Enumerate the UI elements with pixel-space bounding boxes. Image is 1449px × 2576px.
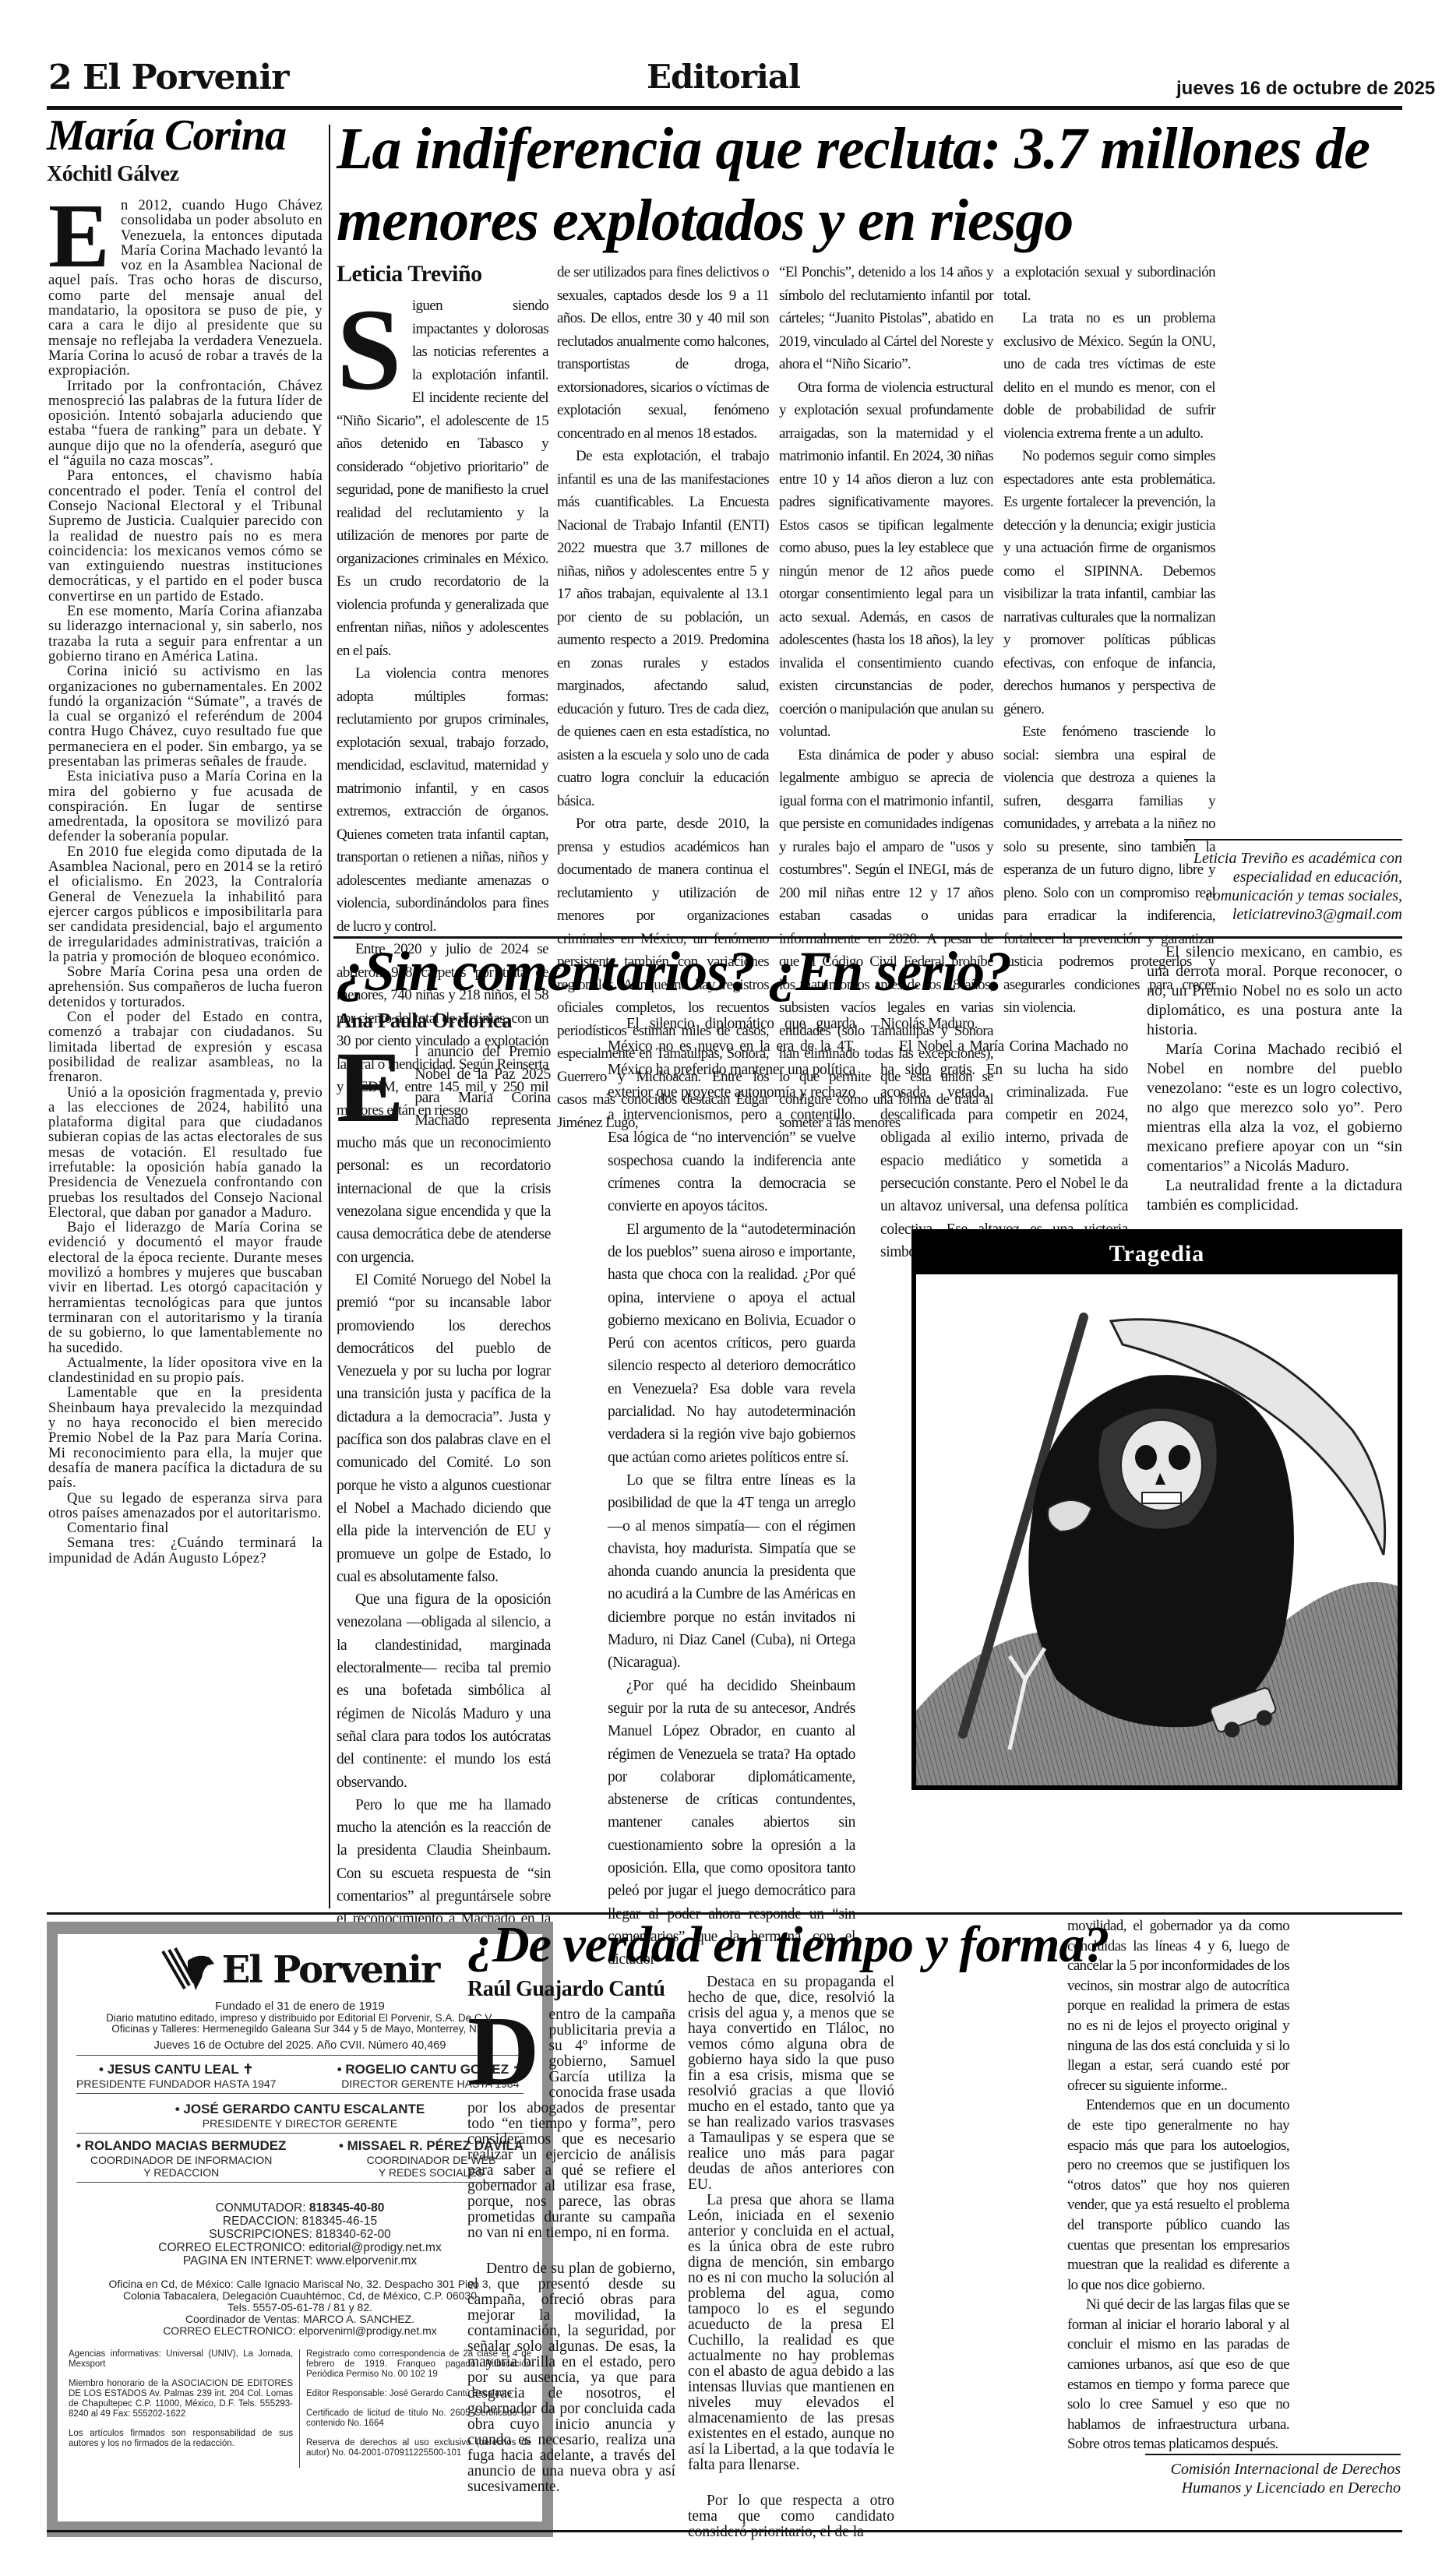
author-bio: Comisión Internacional de Derechos Human… bbox=[1122, 2460, 1401, 2497]
mexico-office-block: Oficina en Cd, de México: Calle Ignacio … bbox=[69, 2278, 531, 2337]
divider bbox=[76, 2133, 524, 2134]
article-author: Leticia Treviño bbox=[337, 261, 482, 287]
divider bbox=[76, 2055, 524, 2056]
article-column-2: de ser utilizados para fines delictivos … bbox=[557, 261, 769, 1134]
issue-line: Jueves 16 de Octubre del 2025. Año CVII.… bbox=[69, 2039, 531, 2052]
masthead-rule bbox=[47, 106, 1402, 110]
article-column-1: D entro de la campaña publicitaria previ… bbox=[467, 2007, 675, 2495]
divider bbox=[76, 2093, 524, 2094]
horse-head-logo-icon bbox=[161, 1947, 216, 1993]
column-divider bbox=[329, 125, 330, 1908]
dropcap: S bbox=[337, 299, 401, 400]
article-column-3: “El Ponchis”, detenido a los 14 años y s… bbox=[779, 261, 993, 1134]
paper-page-label: 2 El Porvenir bbox=[48, 58, 288, 97]
email-link[interactable]: CORREO ELECTRONICO: elporvenirnl@prodigy… bbox=[69, 2325, 531, 2337]
dropcap: E bbox=[337, 1045, 404, 1129]
section-title: Editorial bbox=[647, 58, 800, 96]
publisher-line: Diario matutino editado, impreso y distr… bbox=[69, 2013, 531, 2024]
article-body: E n 2012, cuando Hugo Chávez consolidaba… bbox=[48, 199, 323, 1566]
website-link[interactable]: PAGINA EN INTERNET: www.elporvenir.mx bbox=[69, 2254, 531, 2268]
article-author: Xóchitl Gálvez bbox=[47, 162, 179, 187]
issue-date: jueves 16 de octubre de 2025 bbox=[1176, 78, 1435, 100]
section-rule bbox=[47, 1912, 1402, 1915]
article-column-3: movilidad, el gobernador ya da como conc… bbox=[1067, 1916, 1289, 2454]
email-link[interactable]: CORREO ELECTRONICO: editorial@prodigy.ne… bbox=[69, 2241, 531, 2254]
dropcap: D bbox=[467, 2010, 539, 2091]
article-author: Ana Paula Ordorica bbox=[337, 1009, 512, 1033]
article-title: ¿Sin comentarios? ¿En serio? bbox=[337, 943, 1011, 1002]
page-bottom-rule bbox=[47, 2530, 1402, 2532]
article-title: ¿De verdad en tiempo y forma? bbox=[467, 1918, 1109, 1972]
grim-reaper-illustration-icon bbox=[916, 1274, 1398, 1785]
legal-block: Agencias informativas: Universal (UNIV),… bbox=[69, 2349, 531, 2468]
article-title: La indiferencia que recluta: 3.7 millone… bbox=[337, 113, 1412, 256]
cartoon-title: Tragedia bbox=[916, 1234, 1398, 1274]
founded-line: Fundado el 31 de enero de 1919 bbox=[69, 2000, 531, 2013]
offices-line: Oficinas y Talleres: Hermenegildo Galean… bbox=[69, 2024, 531, 2035]
dropcap: E bbox=[48, 200, 110, 272]
bio-rule bbox=[1184, 839, 1402, 840]
bio-rule bbox=[1145, 2454, 1401, 2455]
article-column-3: Nicolás Maduro. El Nobel a María Corina … bbox=[880, 1013, 1128, 1263]
section-rule bbox=[333, 936, 1402, 939]
author-bio: Leticia Treviño es académica con especia… bbox=[1122, 849, 1402, 924]
founders-row: • JESUS CANTU LEAL ✝PRESIDENTE FUNDADOR … bbox=[69, 2062, 531, 2090]
article-column-4: El silencio mexicano, en cambio, es una … bbox=[1147, 943, 1402, 1215]
coordinators-row: • ROLANDO MACIAS BERMUDEZCOORDINADOR DE … bbox=[69, 2138, 531, 2179]
article-column-2: Destaca en su propaganda el hecho de que… bbox=[688, 1975, 894, 2540]
article-column-2: El silencio diplomático que guarda Méxic… bbox=[608, 1013, 855, 1971]
divider bbox=[76, 2182, 524, 2183]
president-block: • JOSÉ GERARDO CANTU ESCALANTE PRESIDENT… bbox=[69, 2102, 531, 2130]
contact-block: CONMUTADOR: 818345-40-80 REDACCION: 8183… bbox=[69, 2201, 531, 2268]
editorial-cartoon: Tragedia bbox=[911, 1229, 1402, 1790]
phone-number: 818345-40-80 bbox=[309, 2201, 385, 2215]
article-title: María Corina bbox=[47, 113, 286, 159]
newspaper-logo: El Porvenir bbox=[69, 1947, 531, 1993]
